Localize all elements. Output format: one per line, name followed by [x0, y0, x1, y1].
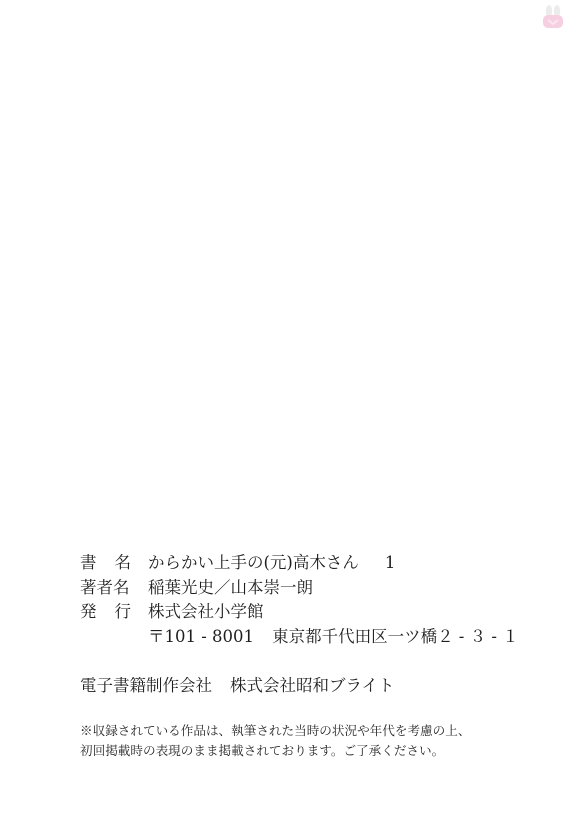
- producer-label: 電子書籍制作会社: [80, 676, 212, 695]
- bunny-logo-icon: [540, 4, 566, 30]
- publisher-label: 発 行: [80, 600, 148, 625]
- author-label: 著者名: [80, 578, 130, 597]
- author-row: 著者名 稲葉光史／山本崇一朗: [80, 576, 519, 601]
- disclaimer-note: ※収録されている作品は、執筆された当時の状況や年代を考慮の上、 初回掲載時の表現…: [80, 721, 470, 760]
- book-title: からかい上手の(元)高木さん: [148, 551, 359, 576]
- publisher-row: 発 行 株式会社小学館: [80, 600, 519, 625]
- address-row: 〒101 - 8001 東京都千代田区一ツ橋２ - ３ - １: [80, 625, 519, 650]
- publisher-name: 株式会社小学館: [148, 600, 264, 625]
- label-char: 行: [115, 600, 132, 625]
- label-char: 発: [80, 600, 97, 625]
- label-char: 書: [80, 551, 97, 576]
- title-row: 書 名 からかい上手の(元)高木さん 1: [80, 551, 519, 576]
- note-line-1: ※収録されている作品は、執筆された当時の状況や年代を考慮の上、: [80, 721, 470, 741]
- title-label: 書 名: [80, 551, 148, 576]
- author-names: 稲葉光史／山本崇一朗: [148, 576, 313, 601]
- postal-code: 〒101 - 8001: [148, 625, 254, 650]
- volume-number: 1: [385, 551, 396, 576]
- label-char: 名: [115, 551, 132, 576]
- note-line-2: 初回掲載時の表現のまま掲載されております。ご了承ください。: [80, 741, 470, 761]
- ebook-producer: 電子書籍制作会社株式会社昭和ブライト: [80, 675, 395, 697]
- producer-company: 株式会社昭和ブライト: [230, 676, 395, 695]
- publisher-address: 東京都千代田区一ツ橋２ - ３ - １: [272, 625, 519, 650]
- colophon: 書 名 からかい上手の(元)高木さん 1 著者名 稲葉光史／山本崇一朗 発 行 …: [80, 551, 519, 649]
